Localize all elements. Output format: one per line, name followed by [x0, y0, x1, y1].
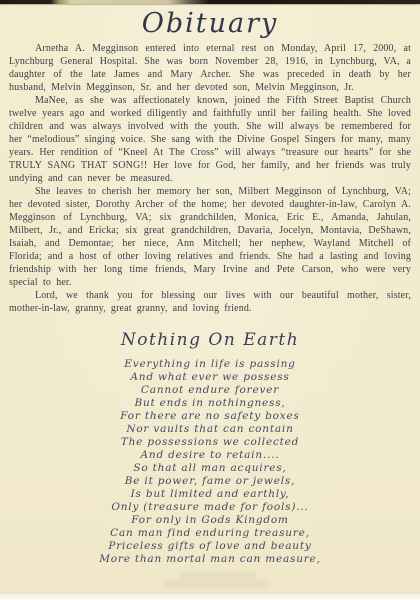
obituary-paragraph: Arnetha A. Megginson entered into eterna…: [9, 42, 411, 94]
poem-line: More than mortal man can measure,: [0, 553, 420, 566]
obituary-paragraph: She leaves to cherish her memory her son…: [9, 185, 411, 289]
poem-line: Can man find enduring treasure,: [0, 527, 420, 540]
poem-line: And what ever we possess: [0, 371, 420, 384]
poem-line: Only (treasure made for fools)...: [0, 501, 420, 514]
poem-line: The possessions we collected: [0, 436, 420, 449]
poem-line: Cannot endure forever: [0, 384, 420, 397]
page-title: Obituary: [0, 9, 420, 39]
obituary-paragraph: MaNee, as she was affectionately known, …: [9, 94, 411, 185]
poem-line: And desire to retain....: [0, 449, 420, 462]
poem-line: Be it power, fame or jewels,: [0, 475, 420, 488]
poem-line: Everything in life is passing: [0, 358, 420, 371]
poem-line: Priceless gifts of love and beauty: [0, 540, 420, 553]
obituary-program-page: Obituary Arnetha A. Megginson entered in…: [0, 0, 420, 600]
scan-edge-top: [0, 0, 420, 4]
poem-line: Is but limited and earthly,: [0, 488, 420, 501]
bleed-through-artifact: [178, 572, 256, 579]
obituary-paragraph: Lord, we thank you for blessing our live…: [9, 289, 411, 315]
memorial-poem: Nothing On Earth Everything in life is p…: [0, 329, 420, 566]
scan-edge-bottom: [0, 592, 420, 600]
bleed-through-artifact: [163, 581, 271, 587]
poem-line: For only in Gods Kingdom: [0, 514, 420, 527]
poem-line: But ends in nothingness,: [0, 397, 420, 410]
poem-title: Nothing On Earth: [0, 329, 420, 351]
poem-line: So that all man acquires,: [0, 462, 420, 475]
obituary-body: Arnetha A. Megginson entered into eterna…: [0, 42, 420, 315]
poem-line: For there are no safety boxes: [0, 410, 420, 423]
poem-line: Nor vaults that can contain: [0, 423, 420, 436]
